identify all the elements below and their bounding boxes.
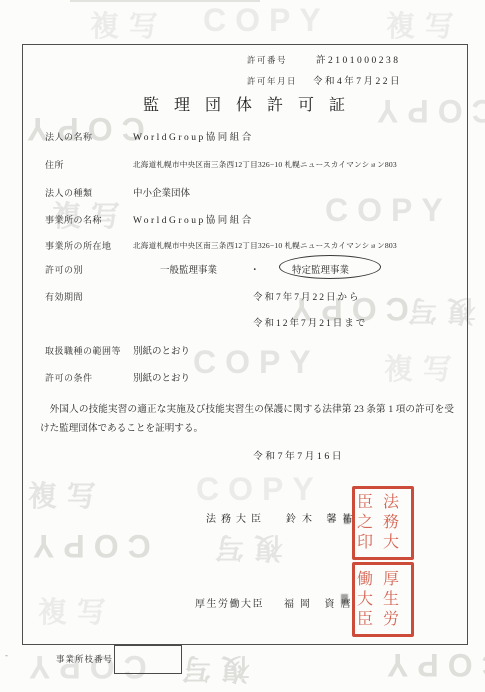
office-branch-number-label: 事業所枝番号 — [56, 653, 113, 665]
permit-date-label: 許可年月日 — [247, 75, 297, 87]
permit-type-general: 一般監理事業 — [160, 262, 217, 276]
scan-artifact — [344, 514, 350, 524]
field-label-permit-type: 許可の別 — [45, 263, 83, 276]
validity-from: 令和7年7月22日から — [253, 289, 361, 303]
copy-watermark: COPY — [203, 2, 330, 39]
permit-date-value: 令和4年7月22日 — [313, 73, 402, 87]
field-value-office-location: 北海道札幌市中央区南三条西12丁目326−10 札幌ニュースカイマンション803 — [133, 240, 397, 251]
copy-watermark: 複写 — [172, 650, 250, 691]
field-label-job-scope: 取扱職種の範囲等 — [45, 344, 121, 357]
selection-ellipse — [279, 255, 381, 279]
scan-artifact — [70, 0, 260, 2]
field-label-corporate-type: 法人の種類 — [45, 186, 93, 199]
health-labour-minister-title: 厚生労働大臣 — [195, 595, 264, 610]
scan-artifact — [341, 594, 348, 604]
field-label-address: 住所 — [45, 158, 64, 171]
permit-number-label: 許可番号 — [247, 54, 287, 66]
copy-watermark: 複写 — [386, 4, 464, 45]
permit-type-separator: ・ — [250, 262, 260, 276]
issue-date: 令和7年7月16日 — [253, 448, 344, 462]
field-label-validity-period: 有効期間 — [45, 290, 83, 303]
field-value-corporate-name: WorldGroup協同組合 — [133, 129, 254, 143]
seal-text-column: 臣之印 — [357, 493, 383, 553]
permit-number-value: 許2101000238 — [316, 52, 401, 66]
signature-justice-minister: 法務大臣 鈴木 馨祐 — [206, 510, 359, 525]
field-label-corporate-name: 法人の名称 — [45, 130, 93, 143]
seal-text-column: 厚生労 — [383, 570, 409, 630]
signature-health-labour-minister: 厚生労働大臣 福岡 資麿 — [195, 595, 357, 610]
office-branch-number-box — [114, 645, 182, 674]
field-label-office-name: 事業所の名称 — [45, 213, 102, 226]
field-label-permit-conditions: 許可の条件 — [45, 371, 93, 384]
scanned-certificate-page: 複写 COPY 複写 COPY COPY 複写 COPY COPY 複写 COP… — [0, 0, 485, 692]
field-value-permit-conditions: 別紙のとおり — [133, 370, 190, 384]
health-labour-minister-seal: 厚生労 働大臣 — [352, 562, 414, 637]
field-value-address: 北海道札幌市中央区南三条西12丁目326−10 札幌ニュースカイマンション803 — [133, 159, 397, 170]
field-label-office-location: 事業所の所在地 — [45, 239, 112, 252]
field-value-corporate-type: 中小企業団体 — [133, 185, 190, 199]
copy-watermark: 複写 — [90, 4, 168, 45]
scan-artifact-dash: - — [5, 650, 8, 660]
seal-text-column: 法務大 — [383, 493, 409, 553]
field-value-office-name: WorldGroup協同組合 — [133, 212, 254, 226]
justice-minister-seal: 法務大 臣之印 — [352, 486, 414, 560]
justice-minister-title: 法務大臣 — [206, 510, 266, 525]
field-value-job-scope: 別紙のとおり — [133, 343, 190, 357]
seal-text-column: 働大臣 — [357, 570, 383, 630]
validity-to: 令和12年7月21日まで — [253, 315, 367, 329]
certificate-title: 監理団体許可証 — [22, 92, 466, 115]
copy-watermark: COPY — [378, 646, 485, 683]
certification-statement: 外国人の技能実習の適正な実施及び技能実習生の保護に関する法律第 23 条第 1 … — [40, 401, 454, 438]
